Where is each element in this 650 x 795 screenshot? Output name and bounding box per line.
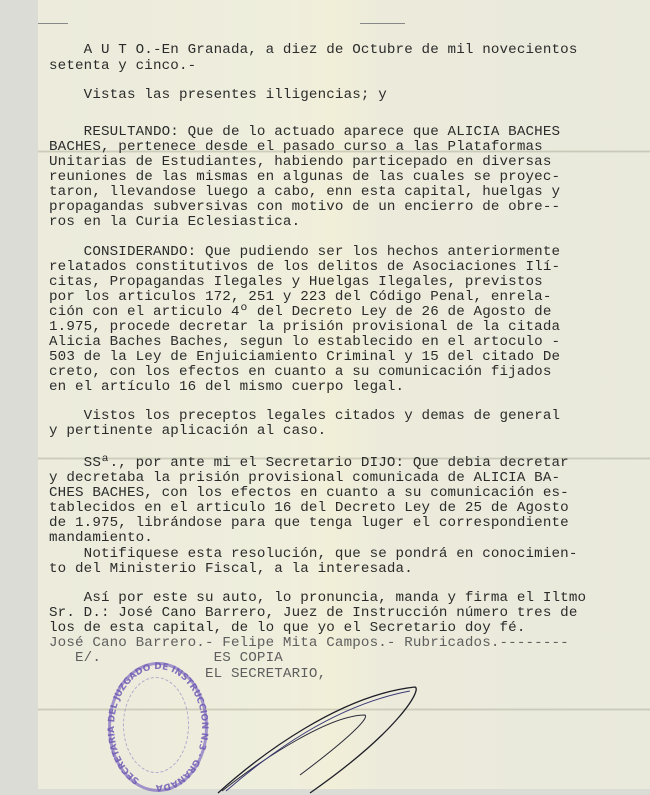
document-line: 503 de la Ley de Enjuiciamiento Criminal… — [49, 350, 560, 365]
document-line: ción con el articulo 4º del Decreto Ley … — [49, 305, 552, 320]
document-line: setenta y cinco.- — [49, 59, 196, 74]
document-line: citas, Propagandas Ilegales y Huelgas Il… — [49, 275, 543, 290]
document-line: reuniones de las mismas en algunas de la… — [49, 170, 560, 185]
document-line: propagandas subversivas con motivo de un… — [49, 200, 560, 215]
document-line: creto, con los efectos en cuanto a su co… — [49, 365, 552, 380]
margin-mark — [360, 23, 405, 24]
document-line: 1.975, procede decretar la prisión provi… — [49, 320, 560, 335]
document-line: Alicia Baches Baches, segun lo estableci… — [49, 335, 560, 350]
document-line: Sr. D.: José Cano Barrero, Juez de Instr… — [49, 606, 578, 621]
document-line: A U T O.-En Granada, a diez de Octubre d… — [49, 43, 578, 58]
document-line: Así por este su auto, lo pronuncia, mand… — [49, 591, 586, 606]
document-line: relatados constitutivos de los delitos d… — [49, 260, 560, 275]
document-line: Unitarias de Estudiantes, habiendo parti… — [49, 155, 552, 170]
document-line: tablecidos en el articulo 16 del Decreto… — [49, 501, 569, 516]
document-line: los de esta capital, de lo que yo el Sec… — [49, 621, 526, 636]
document-line: to del Ministerio Fiscal, a la interesad… — [49, 562, 413, 577]
document-line: BACHES, pertenece desde el pasado curso … — [49, 140, 543, 155]
document-line: mandamiento. — [49, 531, 153, 546]
document-line: y decretaba la prisión provisional comun… — [49, 471, 560, 486]
document-line: SSª., por ante mi el Secretario DIJO: Qu… — [49, 456, 569, 471]
document-line: José Cano Barrero.- Felipe Mita Campos.-… — [49, 636, 569, 651]
document-line: CONSIDERANDO: Que pudiendo ser los hecho… — [49, 245, 560, 260]
document-line: y pertinente aplicación al caso. — [49, 424, 326, 439]
document-line: Vistas las presentes illigencias; y — [49, 88, 387, 103]
document-line: de 1.975, librándose para que tenga luge… — [49, 516, 569, 531]
document-line: CHES BACHES, con los efectos en cuanto a… — [49, 486, 569, 501]
document-line: RESULTANDO: Que de lo actuado aparece qu… — [49, 125, 560, 140]
document-line: taron, llevandose luego a cabo, enn esta… — [49, 185, 560, 200]
document-line: en el artículo 16 del mismo cuerpo legal… — [49, 380, 404, 395]
document-line: ros en la Curia Eclesiastica. — [49, 215, 300, 230]
document-line: por los articulos 172, 251 y 223 del Cód… — [49, 290, 552, 305]
handwritten-signature — [170, 675, 430, 789]
margin-mark — [38, 23, 68, 24]
document-line: Notifiquese esta resolución, que se pond… — [49, 547, 578, 562]
document-line: Vistos los preceptos legales citados y d… — [49, 409, 560, 424]
